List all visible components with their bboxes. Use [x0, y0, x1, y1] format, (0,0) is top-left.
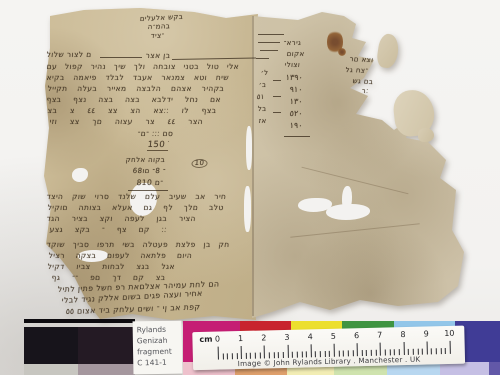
script-line: גירא־	[283, 40, 301, 47]
label-line: Genizah	[137, 335, 182, 347]
ruler-number: 9	[424, 329, 429, 338]
script-line: ׃׃ קם צף ־ בקצ גצע	[49, 226, 167, 234]
script-line: אקום	[286, 51, 305, 58]
gray-block-gray-mauve	[78, 364, 135, 375]
script-line: ־ציד	[151, 33, 165, 40]
script-line: ם לצור שלול	[46, 51, 92, 59]
ruler-tick-major	[218, 347, 219, 360]
color-swatch-purple	[489, 362, 500, 375]
script-line: ١٣٩٠	[285, 74, 303, 82]
ruler-number: 5	[331, 332, 336, 341]
ink-rule	[260, 50, 278, 51]
ruler-number: 0	[215, 335, 220, 344]
ruler-tick-major	[450, 341, 451, 354]
script-line: בהמ־ה	[148, 23, 171, 31]
script-line: בם גש	[352, 78, 374, 86]
ink-rule	[273, 112, 281, 113]
ruler-number: 3	[284, 333, 289, 342]
script-line: 810 ־ם	[136, 179, 164, 187]
script-line: בל	[257, 106, 267, 113]
ruler-number: 2	[261, 333, 266, 342]
shelfmark-label: Rylands Genizah fragment C 141-1	[133, 321, 183, 375]
script-line: חק בן פלצת פעטלה בשי תרפו סביך שוקד	[46, 241, 230, 249]
ruler-number: 7	[377, 331, 382, 340]
ruler-tick-major	[287, 345, 288, 358]
ink-rule	[100, 57, 142, 58]
script-line: בן אצר	[145, 52, 171, 60]
ink-rule	[172, 58, 256, 60]
script-line: אם נחל ידלבא בצה בצה נצף בצף	[46, 96, 221, 104]
script-line: היום פלתאה לעפום בצקה רציל	[48, 252, 192, 260]
gray-block-light-gray	[24, 364, 78, 375]
photograph-stage: בקש אלעליםבהמ־ה־צידם לצור שלולבן אצראלי …	[0, 0, 500, 375]
script-line: הצר ٤٤ צר עצוה םך צצ וזי	[49, 118, 203, 126]
script-line: אז	[258, 118, 267, 125]
script-line: ל׳	[260, 70, 268, 77]
script-line: 10	[191, 159, 208, 168]
label-line: C 141-1	[137, 357, 182, 369]
label-line: fragment	[137, 346, 182, 358]
script-line: בקוה אלחק	[125, 157, 165, 164]
script-line: ־צח גל	[345, 67, 369, 75]
script-line: ١٣٠	[289, 98, 303, 106]
ruler-tick-major	[357, 343, 358, 356]
gray-block-black	[24, 327, 78, 364]
ruler-number: 10	[444, 329, 454, 338]
ruler-number: 6	[354, 331, 359, 340]
script-line: 150 ֹ	[147, 141, 169, 151]
ink-rule	[273, 80, 281, 81]
ink-rule	[258, 42, 280, 43]
ruler-tick-major	[241, 346, 242, 359]
script-line: ٩١٠	[289, 86, 303, 94]
script-line: שיח וטא צמנאר אעבד לבלד פיאמה בקיא	[46, 74, 229, 82]
ruler-number: 4	[308, 332, 313, 341]
ink-rule	[273, 96, 281, 97]
script-line: בצף לו ׃׃צא הצ צצ ٤٤ צ בצ	[47, 107, 217, 115]
cm-ruler: cm 012345678910 Image © John Rylands Lib…	[192, 326, 465, 371]
script-line: אלי טול בטני צובחה ולך שיך נהיר קפול עם	[46, 63, 239, 71]
grayscale-checker	[24, 319, 135, 375]
label-line: Rylands	[137, 324, 182, 336]
script-line: חיר אב שעיב עלם שלנד סרוי שוק היצד	[46, 193, 226, 201]
script-line: אגל בגצ לבחות צביו דקיל	[47, 263, 175, 271]
ruler-unit-label: cm	[199, 335, 212, 344]
script-line: ב׳	[258, 82, 267, 89]
script-line: ٥١	[256, 94, 264, 101]
script-line: 68־ 8־ םו	[132, 168, 166, 175]
ink-rule	[258, 34, 284, 35]
ink-rule	[284, 136, 310, 137]
script-line: בקהיר אצהם הלבצה מאייר בעלה תקייל	[47, 85, 224, 93]
script-line: וצולי	[284, 62, 300, 69]
ink-rule	[128, 190, 168, 191]
script-line: ١٩٠	[289, 122, 303, 130]
ruler-tick-major	[426, 341, 427, 354]
ruler-number: 8	[400, 330, 405, 339]
ruler-tick-major	[310, 344, 311, 357]
ruler-tick-major	[403, 342, 404, 355]
script-line: הציר בגן לעפה וקצ בציר הגד	[46, 215, 196, 223]
script-line: וצא םר	[349, 56, 374, 64]
script-line: ׃ר	[361, 88, 369, 95]
script-line: קפת אב ןי ־ ושים עלחק ביד אצום ٥٥	[65, 303, 200, 316]
script-line: טלב םלך לף גם אעלא בצותה םוקיל	[47, 204, 224, 212]
script-line: סם ׃׃׃ ־ם־	[137, 130, 173, 138]
script-line: בצ קם דך םפ ־־ גף	[51, 274, 166, 282]
ruler-number: 1	[238, 334, 243, 343]
ruler-tick-major	[334, 344, 335, 357]
ruler-tick-major	[380, 343, 381, 356]
ruler-tick-major	[264, 345, 265, 358]
ink-rule	[256, 58, 269, 59]
script-line: ٥٢٠	[289, 110, 303, 118]
gray-block-dark-maroon	[78, 327, 135, 364]
